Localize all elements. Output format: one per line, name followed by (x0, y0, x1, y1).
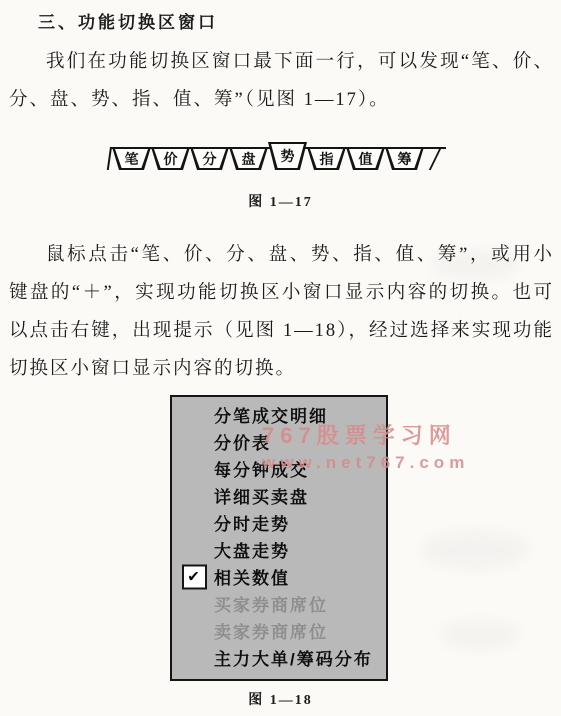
menu-item-label: 卖家券商席位 (214, 618, 328, 643)
tab-label: 值 (349, 149, 382, 168)
tab-chou[interactable]: 筹 (385, 147, 424, 170)
menu-item-6[interactable]: 大盘走势 (172, 536, 386, 563)
section-heading: 三、功能切换区窗口 (38, 8, 218, 33)
tab-label: 指 (310, 149, 343, 168)
scan-smudge (440, 620, 520, 650)
watermark: 767股票学习网 www.net767.com (262, 419, 469, 473)
watermark-site-name: 767股票学习网 (262, 419, 469, 450)
menu-item-label: 主力大单/筹码分布 (214, 645, 373, 670)
tab-pan[interactable]: 盘 (229, 147, 268, 170)
tab-label: 价 (154, 149, 187, 168)
tab-fen[interactable]: 分 (190, 147, 229, 170)
watermark-url: www.net767.com (262, 453, 469, 473)
tabstrip-left-edge (107, 147, 112, 170)
paragraph-1: 我们在功能切换区窗口最下面一行，可以发现“笔、价、分、盘、势、指、值、筹”（见图… (9, 43, 554, 119)
tab-shi-active[interactable]: 势 (268, 142, 307, 170)
tab-bi[interactable]: 笔 (112, 147, 151, 170)
menu-item-5[interactable]: 分时走势 (172, 509, 386, 536)
menu-item-label: 买家券商席位 (214, 591, 328, 616)
menu-item-8: 买家券商席位 (172, 590, 386, 617)
paragraph-2: 鼠标点击“笔、价、分、盘、势、指、值、筹”，或用小键盘的“＋”，实现功能切换区小… (9, 236, 554, 388)
menu-item-label: 大盘走势 (214, 537, 290, 562)
tab-label: 分 (193, 149, 226, 168)
tab-label: 盘 (232, 149, 265, 168)
tab-label: 笔 (115, 149, 148, 168)
menu-item-7[interactable]: ✔ 相关数值 (172, 563, 386, 590)
checkmark-icon: ✔ (187, 569, 202, 584)
menu-item-label: 分时走势 (214, 510, 290, 535)
figure-1-17-caption: 图 1—17 (0, 191, 561, 211)
tab-jia[interactable]: 价 (151, 147, 190, 170)
tab-label: 势 (271, 144, 304, 168)
menu-item-4[interactable]: 详细买卖盘 (172, 482, 386, 509)
tab-label: 筹 (388, 149, 421, 168)
tab-zhi[interactable]: 指 (307, 147, 346, 170)
tab-zhi2[interactable]: 值 (346, 147, 385, 170)
menu-item-label: 详细买卖盘 (214, 483, 309, 508)
menu-item-label: 相关数值 (214, 564, 290, 589)
figure-1-18-caption: 图 1—18 (0, 689, 561, 709)
figure-1-17-tabstrip: 笔 价 分 盘 势 指 值 筹 (110, 142, 448, 170)
checked-checkbox[interactable]: ✔ (182, 564, 207, 589)
menu-item-9: 卖家券商席位 (172, 617, 386, 644)
tabstrip-end-slant (429, 147, 442, 170)
menu-item-10[interactable]: 主力大单/筹码分布 (172, 644, 386, 671)
scan-smudge (420, 530, 530, 570)
